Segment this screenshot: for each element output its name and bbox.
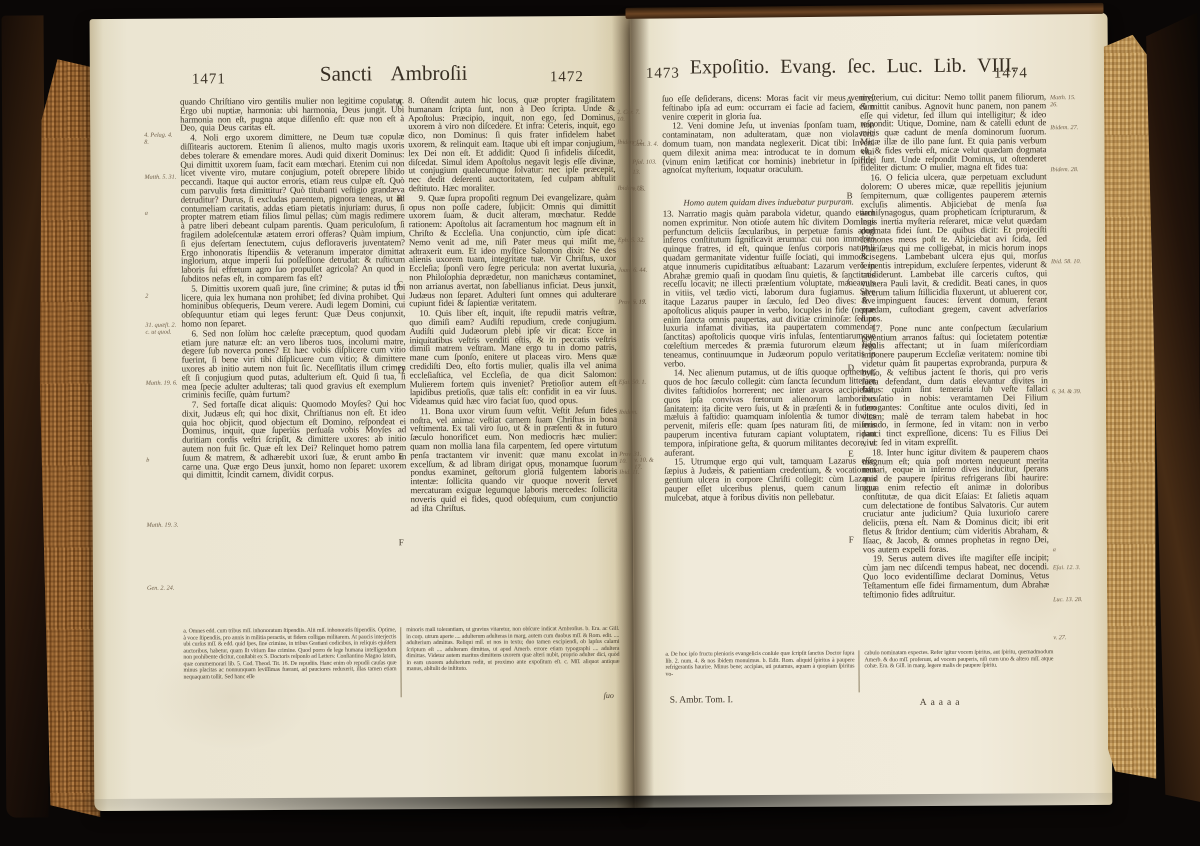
right-page-outer-margin-notes: Matth. 15. 26.Ibidem. 27.Ibidem. 28.Ibid…: [1049, 0, 1088, 843]
margin-note: 4. Pelag. 4. 8.: [144, 133, 176, 146]
margin-note: 6. 34. & 39.: [1052, 389, 1086, 396]
right-page-folio-recto: 1474: [994, 65, 1028, 82]
paragraph: 9. Quæ ſupra propoſiti regnum Dei evange…: [409, 193, 617, 309]
section-letter: D: [848, 362, 855, 372]
margin-note: Cant. 3. 4.: [632, 142, 660, 149]
section-letter: E: [848, 448, 854, 458]
margin-note: b: [146, 458, 178, 465]
left-page-running-title: Sancti Ambroſii: [320, 61, 468, 87]
paragraph: 5. Dimittis uxorem quaſi jure, ſine crim…: [181, 283, 405, 328]
section-letter: B: [847, 190, 853, 200]
left-footnote-col-2: minoris mali tolerantiam, ut gravius vit…: [400, 626, 619, 697]
section-letter: A: [396, 97, 403, 107]
margin-note: Ibid. 58. 10.: [1051, 259, 1085, 266]
left-page-outer-margin-notes: 4. Pelag. 4. 8.Matth. 5. 31.a231. quæſt.…: [143, 3, 180, 846]
margin-note: 13.: [632, 170, 660, 177]
left-footnote-col-1: a. Omnes edd. cum tribus mſſ. inhonoratu…: [183, 627, 400, 698]
section-letter: C: [397, 279, 403, 289]
margin-note: v. 35.: [633, 187, 661, 194]
paragraph: 11. Bona uxor virum ſuum veſtit. Veſtit …: [410, 406, 618, 513]
margin-note: Gen. 2. 24.: [147, 586, 179, 593]
book-spread: 1471 Sancti Ambroſii 1472 4. Pelag. 4. 8…: [0, 0, 1200, 846]
right-page-pericope-heading: Homo autem quidam dives induebatur purpu…: [663, 196, 875, 207]
margin-note: Matth. 15. 26.: [1050, 95, 1084, 108]
paragraph: 10. Quis liber eſt, inquit, iſte repudii…: [409, 308, 617, 406]
paragraph: 13. Narratio magis quàm parabola videtur…: [663, 208, 876, 368]
paragraph: 6. Sed non ſolùm hoc cæleſte præceptum, …: [181, 328, 405, 400]
margin-note: 2: [145, 294, 177, 301]
tome-label: S. Ambr. Tom. I.: [670, 695, 733, 705]
paragraph: myſterium, cui dicitur: Nemo tollit pane…: [860, 92, 1046, 172]
paragraph: 17. Pone nunc ante conſpectum ſæcularium…: [861, 323, 1048, 447]
paragraph: 19. Serus autem dives iſte magiſter eſſe…: [863, 554, 1049, 599]
left-page-catchword: ſuo: [604, 691, 614, 700]
margin-note: Matth. 19. 3.: [147, 523, 179, 530]
margin-note: Pſal. 103.: [632, 160, 660, 167]
margin-note: Eſai. 12. 3.: [1053, 565, 1087, 572]
section-letter: A: [846, 94, 853, 104]
paragraph: 4. Noli ergo uxorem dimittere, ne Deum t…: [180, 132, 405, 283]
right-page-column-2: myſterium, cui dicitur: Nemo tollit pane…: [860, 92, 1049, 633]
paragraph: 14. Nec alienum putamus, ut de iſtis quo…: [664, 368, 877, 457]
paragraph: 16. O felicia ulcera, quæ perpetuam excl…: [860, 172, 1047, 323]
margin-note: v. 19.: [633, 300, 661, 307]
paragraph: 18. Inter hunc igitur divitem & pauperem…: [862, 447, 1049, 554]
section-letter: D: [398, 365, 405, 375]
paragraph: 8. Oſtendit autem hic locus, quæ propter…: [408, 95, 616, 193]
margin-note: Luc. 13. 28.: [1053, 597, 1087, 604]
section-letter: C: [847, 276, 853, 286]
section-letter: B: [397, 193, 403, 203]
right-page-column-1-upper: ſuo eſſe deſiderans, dicens: Moras facit…: [662, 93, 875, 194]
paragraph: ſuo eſſe deſiderans, dicens: Moras facit…: [662, 93, 874, 121]
margin-note: Ibidem. 28.: [1050, 167, 1084, 174]
right-footnote-col-2: cabulo nominatam expectes. Refer igitur …: [858, 649, 1053, 692]
section-letter: F: [399, 537, 404, 547]
left-page-folio-recto: 1472: [550, 69, 584, 86]
paragraph: 7. Sed fortaſſe dicat aliquis: Quomodo M…: [182, 399, 406, 480]
left-page-folio-verso: 1471: [192, 71, 226, 88]
left-page-footnotes: a. Omnes edd. cum tribus mſſ. inhonoratu…: [183, 626, 619, 699]
right-page-column-1-lower: 13. Narratio magis quàm parabola videtur…: [663, 208, 878, 621]
margin-note: a: [145, 211, 177, 218]
margin-note: 31. quæſt. 2. c. ut quod.: [145, 323, 177, 336]
margin-note: v. 10. & 17.: [634, 458, 662, 471]
margin-note: v. 27.: [1053, 635, 1087, 642]
margin-note: Ibidem. 27.: [1050, 125, 1084, 132]
paragraph: quando Chriſtiano viro gentilis mulier n…: [180, 96, 404, 133]
left-page-column-1: quando Chriſtiano viro gentilis mulier n…: [180, 96, 407, 624]
right-footnote-col-1: a. De hoc ipſo fructu plenioris evangeli…: [665, 650, 858, 693]
margin-note: Matth. 5. 31.: [144, 175, 176, 182]
margin-note: a: [1053, 547, 1087, 554]
paragraph: 12. Veni domine Jeſu, ut invenias ſponſa…: [662, 121, 874, 175]
right-page-footnotes: a. De hoc ipſo fructu plenioris evangeli…: [665, 649, 1053, 693]
left-page-column-2: 8. Oſtendit autem hic locus, quæ propter…: [408, 95, 618, 623]
section-letter: E: [398, 451, 404, 461]
bottom-page-shadow: [72, 793, 1132, 833]
section-letter: F: [849, 534, 854, 544]
right-page-inner-margin-notes: Cant. 3. 4.Pſal. 103.13.v. 35.v. 19.v. 1…: [631, 0, 664, 846]
paragraph: 15. Utrumque ergo qui vult, tamquam Laza…: [664, 457, 876, 502]
gathering-signature: Aaaaa: [920, 698, 964, 708]
margin-note: Matth. 19. 6.: [146, 381, 178, 388]
book-photo: 1471 Sancti Ambroſii 1472 4. Pelag. 4. 8…: [0, 0, 1200, 846]
